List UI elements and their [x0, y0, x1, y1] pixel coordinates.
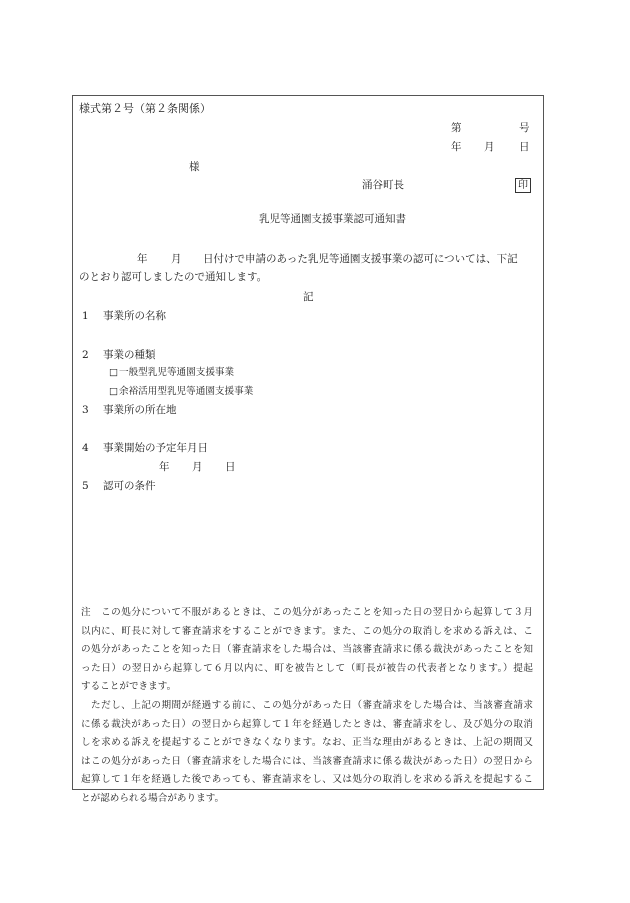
note-line: することができます。 — [81, 678, 533, 697]
note-line: 注 この処分について不服があるときは、この処分があったことを知った日の翌日から起… — [81, 604, 533, 623]
item-3-number: 3 — [82, 405, 89, 416]
note-line: の処分があったことを知った日（審査請求をした場合は、当該審査請求に係る裁決があっ… — [81, 641, 533, 660]
note-line: 起算して１年を経過した後であっても、審査請求をし、又は処分の取消しを求める訴えを… — [81, 771, 533, 790]
start-date-day: 日 — [225, 462, 236, 473]
note-line: った日）の翌日から起算して６月以内に、町を被告として（町長が被告の代表者となりま… — [81, 660, 533, 679]
body-line-1: 日付けで申請のあった乳児等通園支援事業の認可については、下記 — [203, 254, 518, 265]
item-2-number: 2 — [82, 350, 89, 361]
date-day-label: 日 — [519, 142, 530, 153]
item-4-label: 事業開始の予定年月日 — [103, 443, 208, 454]
issuer-name: 涌谷町長 — [362, 180, 404, 191]
doc-number-suffix: 号 — [519, 123, 530, 134]
start-date-month: 月 — [192, 462, 203, 473]
note-line: とが認められる場合があります。 — [81, 790, 533, 809]
note-line: 以内に、町長に対して審査請求をすることができます。また、この処分の取消しを求める… — [81, 623, 533, 642]
start-date-year: 年 — [159, 462, 170, 473]
body-month: 月 — [171, 254, 182, 265]
item-5-label: 認可の条件 — [103, 481, 156, 492]
note-line: に係る裁決があった日）の翌日から起算して１年を経過したときは、審査請求をし、及び… — [81, 716, 533, 735]
item-3-label: 事業所の所在地 — [103, 405, 177, 416]
date-month-label: 月 — [484, 142, 495, 153]
checkbox-surplus-type[interactable]: □ — [109, 387, 118, 397]
item-2-label: 事業の種類 — [103, 350, 156, 361]
date-year-label: 年 — [451, 142, 462, 153]
body-year: 年 — [137, 254, 148, 265]
addressee-suffix: 様 — [189, 162, 200, 173]
seal-mark: 印 — [515, 178, 531, 193]
form-frame: 様式第２号（第２条関係） 第 号 年 月 日 様 涌谷町長 印 乳児等通園支援事… — [72, 95, 544, 790]
label-surplus-type: 余裕活用型乳児等通園支援事業 — [119, 387, 253, 397]
note-line: はこの処分があった日（審査請求をした場合には、当該審査請求に係る裁決があった日）… — [81, 753, 533, 772]
item-4-number: 4 — [82, 443, 89, 454]
form-number: 様式第２号（第２条関係） — [79, 103, 211, 114]
note-line: ただし、上記の期間が経過する前に、この処分があった日（審査請求をした場合は、当該… — [81, 697, 533, 716]
note-line: しを求める訴えを提起することができなくなります。なお、正当な理由があるときは、上… — [81, 734, 533, 753]
body-line-2: のとおり認可しましたので通知します。 — [79, 272, 267, 283]
appeal-notice: 注 この処分について不服があるときは、この処分があったことを知った日の翌日から起… — [81, 604, 533, 809]
checkbox-general-type[interactable]: □ — [109, 368, 118, 378]
doc-number-prefix: 第 — [451, 123, 462, 134]
item-1-number: 1 — [82, 311, 89, 322]
ki-heading: 記 — [303, 292, 314, 303]
item-5-number: 5 — [82, 481, 89, 492]
document-title: 乳児等通園支援事業認可通知書 — [259, 214, 406, 225]
label-general-type: 一般型乳児等通園支援事業 — [119, 368, 234, 378]
item-1-label: 事業所の名称 — [103, 311, 166, 322]
